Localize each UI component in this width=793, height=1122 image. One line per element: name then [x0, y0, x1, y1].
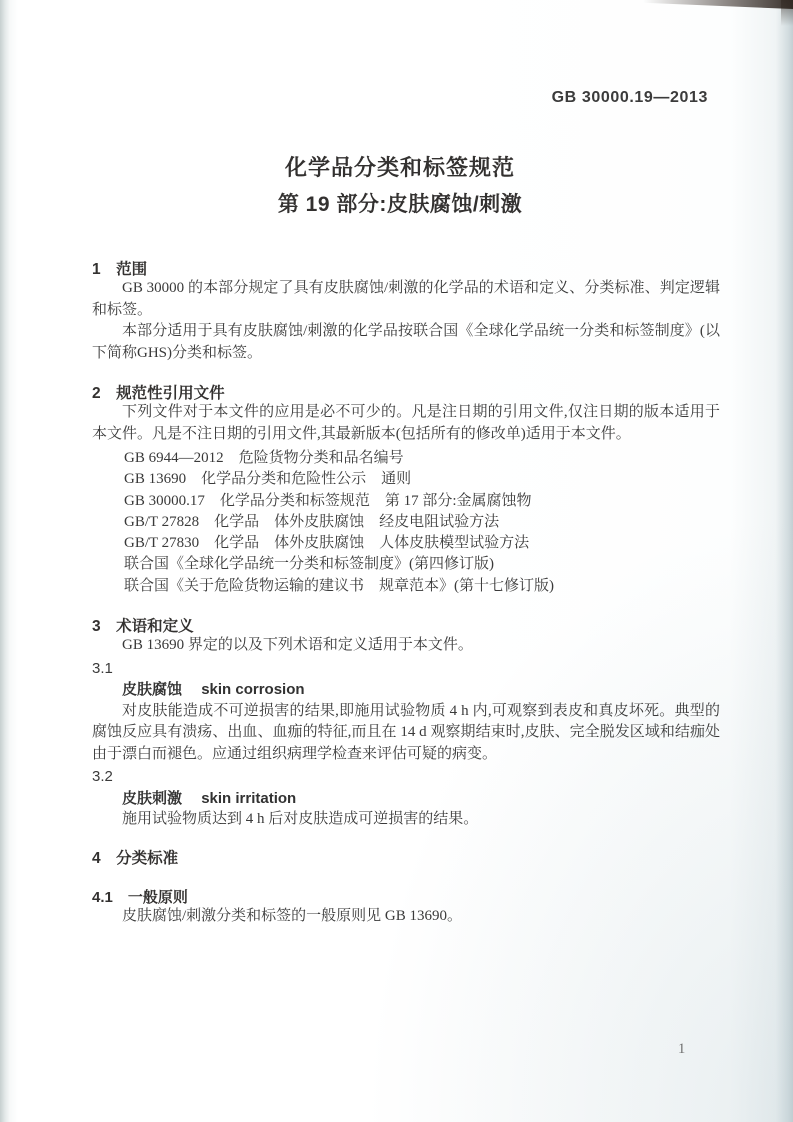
section-1-paragraph-2: 本部分适用于具有皮肤腐蚀/刺激的化学品按联合国《全球化学品统一分类和标签制度》(…: [92, 321, 720, 364]
term-3-2-name-en: skin irritation: [201, 790, 296, 807]
term-3-2-number: 3.2: [92, 766, 720, 788]
section-3-heading: 3 术语和定义: [92, 618, 720, 635]
section-1-heading: 1 范围: [92, 261, 720, 278]
scanned-standard-page: GB 30000.19—2013 化学品分类和标签规范 第 19 部分:皮肤腐蚀…: [0, 0, 793, 1122]
reference-item: GB/T 27830 化学品 体外皮肤腐蚀 人体皮肤模型试验方法: [124, 533, 720, 554]
term-3-1-name: 皮肤腐蚀 skin corrosion: [92, 679, 720, 701]
reference-item: 联合国《全球化学品统一分类和标签制度》(第四修订版): [124, 554, 720, 575]
doc-number: GB 30000.19—2013: [92, 88, 720, 107]
document-title-line2: 第 19 部分:皮肤腐蚀/刺激: [92, 193, 708, 216]
reference-item: GB 13690 化学品分类和危险性公示 通则: [124, 469, 720, 490]
term-3-1-number: 3.1: [92, 658, 720, 680]
section-3-intro: GB 13690 界定的以及下列术语和定义适用于本文件。: [92, 635, 720, 657]
normative-references-list: GB 6944—2012 危险货物分类和品名编号 GB 13690 化学品分类和…: [92, 448, 720, 597]
term-3-2-definition: 施用试验物质达到 4 h 后对皮肤造成可逆损害的结果。: [92, 809, 720, 831]
term-3-1-name-zh: 皮肤腐蚀: [122, 681, 182, 698]
reference-item: GB/T 27828 化学品 体外皮肤腐蚀 经皮电阻试验方法: [124, 512, 720, 533]
section-2-heading: 2 规范性引用文件: [92, 385, 720, 402]
term-3-1-name-en: skin corrosion: [201, 681, 304, 698]
reference-item: GB 6944—2012 危险货物分类和品名编号: [124, 448, 720, 469]
section-4-heading: 4 分类标准: [92, 850, 720, 867]
page-number: 1: [678, 1041, 685, 1057]
document-title: 化学品分类和标签规范 第 19 部分:皮肤腐蚀/刺激: [92, 156, 720, 216]
term-3-1-definition: 对皮肤能造成不可逆损害的结果,即施用试验物质 4 h 内,可观察到表皮和真皮坏死…: [92, 701, 720, 766]
section-4-1-heading: 4.1 一般原则: [92, 889, 720, 906]
section-1-paragraph-1: GB 30000 的本部分规定了具有皮肤腐蚀/刺激的化学品的术语和定义、分类标准…: [92, 278, 720, 321]
reference-item: GB 30000.17 化学品分类和标签规范 第 17 部分:金属腐蚀物: [124, 491, 720, 512]
scan-corner-shadow-right: [781, 0, 793, 26]
section-2-paragraph-1: 下列文件对于本文件的应用是必不可少的。凡是注日期的引用文件,仅注日期的版本适用于…: [92, 402, 720, 445]
term-3-2-name: 皮肤刺激 skin irritation: [92, 788, 720, 810]
term-3-2-name-zh: 皮肤刺激: [122, 790, 182, 807]
page-content: GB 30000.19—2013 化学品分类和标签规范 第 19 部分:皮肤腐蚀…: [92, 0, 720, 927]
document-title-line1: 化学品分类和标签规范: [92, 156, 708, 179]
reference-item: 联合国《关于危险货物运输的建议书 规章范本》(第十七修订版): [124, 576, 720, 597]
section-4-1-paragraph: 皮肤腐蚀/刺激分类和标签的一般原则见 GB 13690。: [92, 906, 720, 928]
